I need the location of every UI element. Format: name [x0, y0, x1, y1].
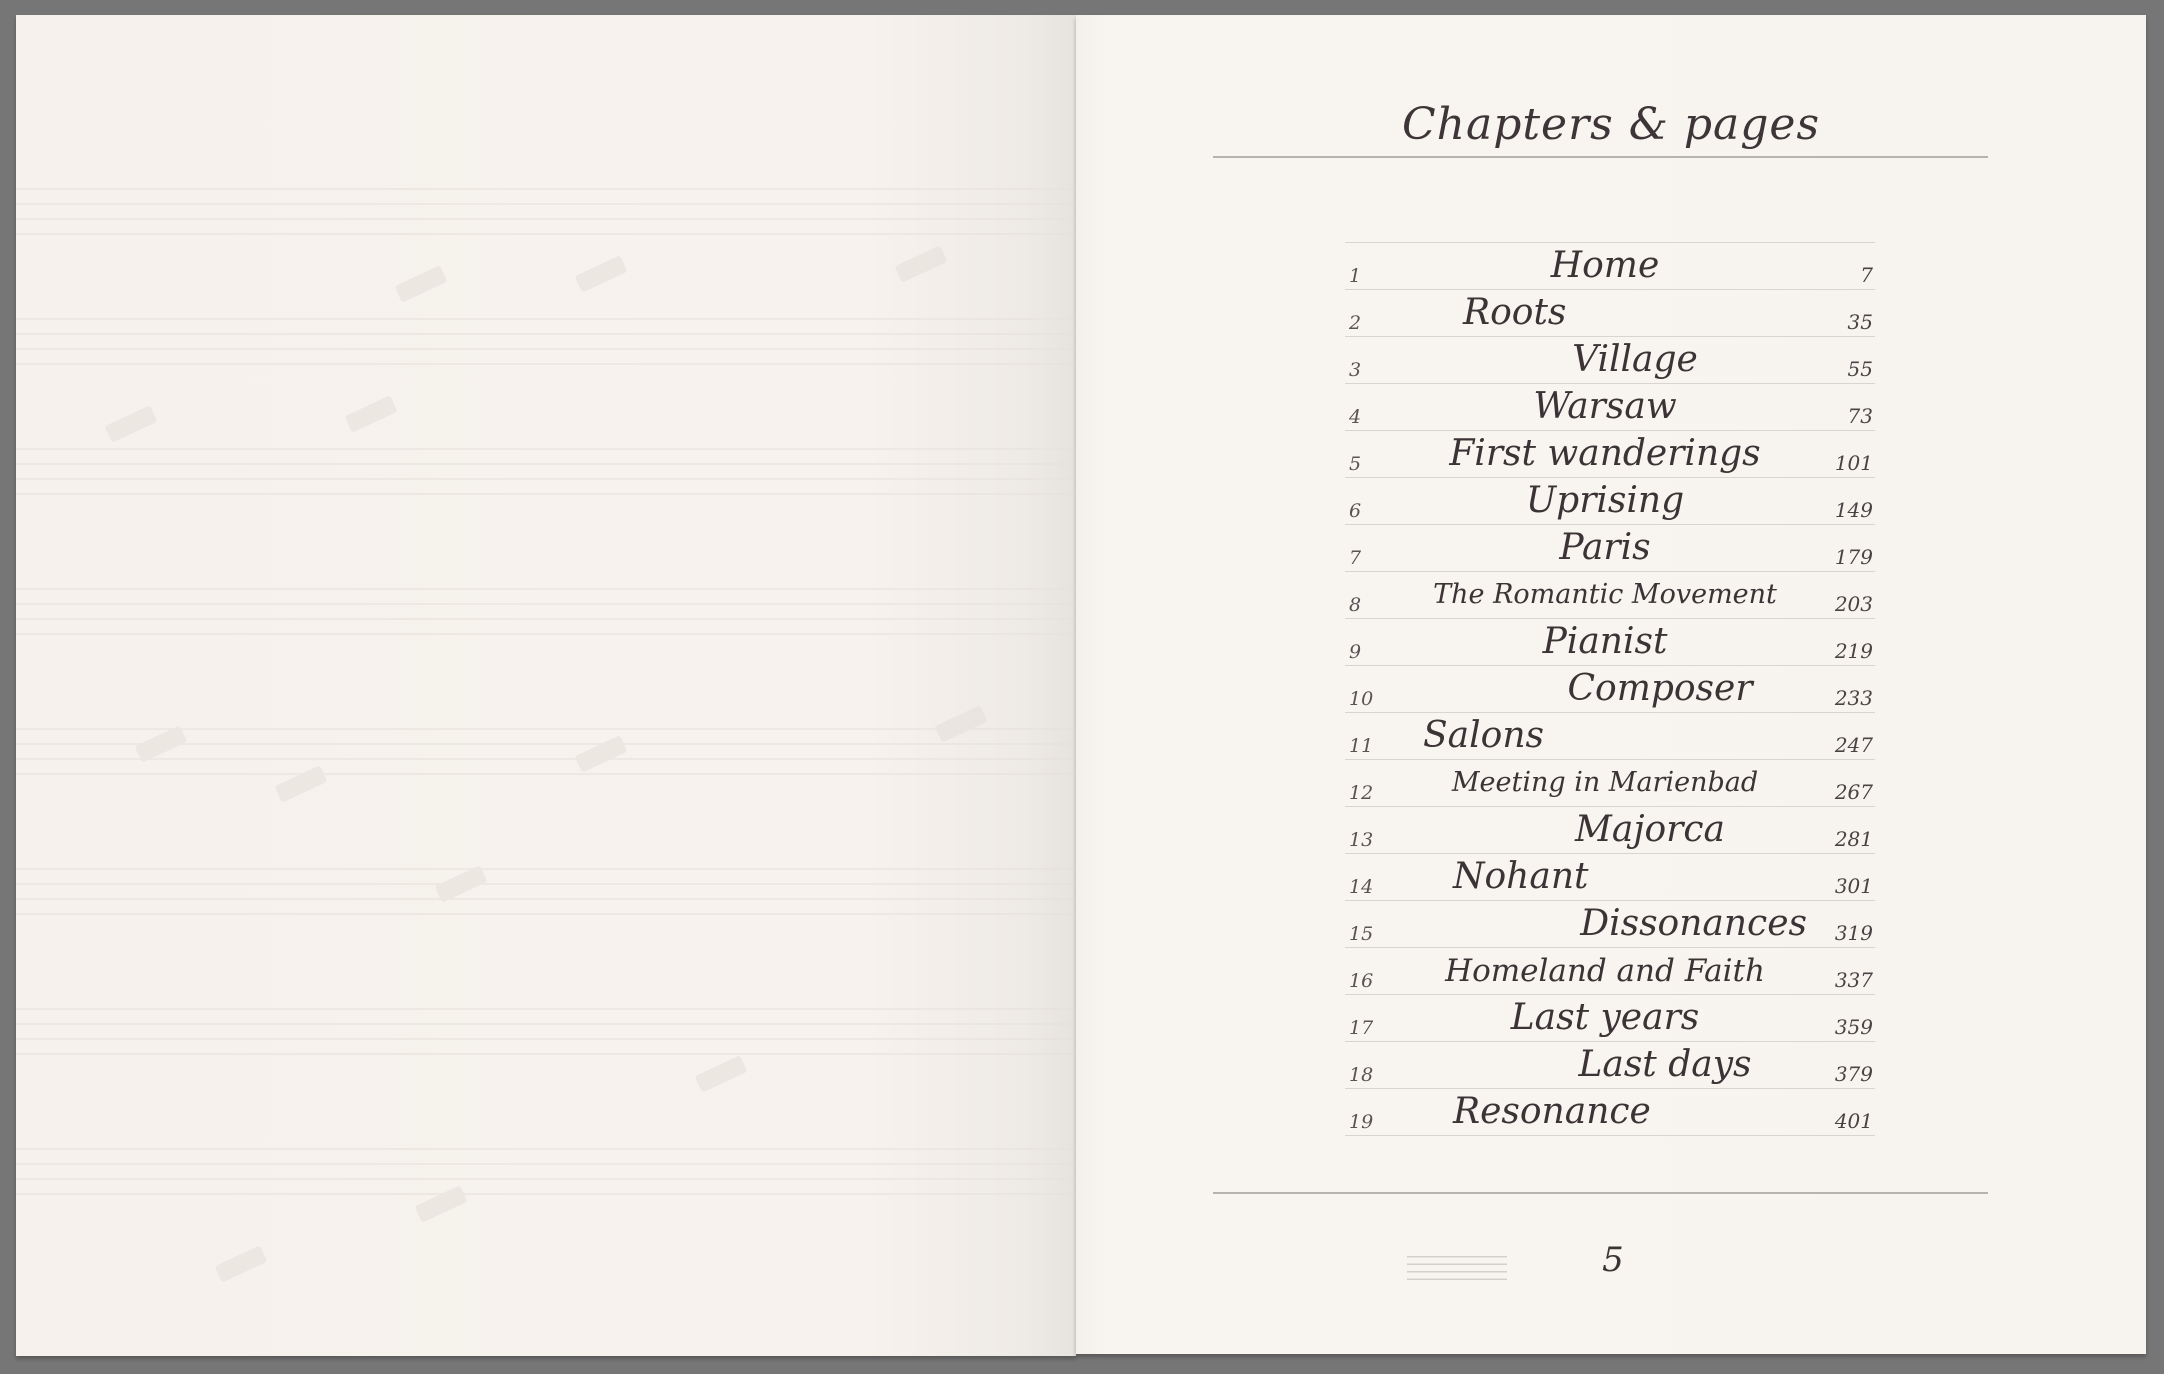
chapter-page: 359	[1817, 1015, 1873, 1039]
chapter-title: Nohant	[1393, 854, 1817, 900]
chapter-title: Uprising	[1393, 478, 1817, 524]
chapter-title: The Romantic Movement	[1393, 572, 1817, 618]
chapter-row[interactable]: 10 Composer 233	[1345, 666, 1875, 713]
chapter-page: 149	[1817, 498, 1873, 522]
chapter-number: 9	[1349, 641, 1389, 663]
toc-title: Chapters & pages	[1076, 99, 2146, 150]
chapter-page: 179	[1817, 545, 1873, 569]
chapter-page: 301	[1817, 874, 1873, 898]
chapter-row[interactable]: 5 First wanderings 101	[1345, 431, 1875, 478]
chapter-page: 267	[1817, 780, 1873, 804]
chapter-title: Majorca	[1393, 807, 1817, 853]
chapter-page: 281	[1817, 827, 1873, 851]
chapter-title: Roots	[1393, 290, 1817, 336]
chapter-row[interactable]: 3 Village 55	[1345, 337, 1875, 384]
chapter-row[interactable]: 9 Pianist 219	[1345, 619, 1875, 666]
chapter-row[interactable]: 12 Meeting in Marienbad 267	[1345, 760, 1875, 807]
chapter-number: 16	[1349, 970, 1389, 992]
chapter-number: 2	[1349, 312, 1389, 334]
chapter-number: 18	[1349, 1064, 1389, 1086]
chapter-number: 11	[1349, 735, 1389, 757]
chapter-number: 15	[1349, 923, 1389, 945]
chapter-number: 13	[1349, 829, 1389, 851]
chapter-row[interactable]: 13 Majorca 281	[1345, 807, 1875, 854]
music-manuscript-watermark	[16, 15, 1076, 1356]
chapter-title: First wanderings	[1393, 431, 1817, 477]
chapter-page: 247	[1817, 733, 1873, 757]
chapter-row[interactable]: 15 Dissonances 319	[1345, 901, 1875, 948]
chapter-title: Warsaw	[1393, 384, 1817, 430]
chapter-page: 203	[1817, 592, 1873, 616]
chapter-title: Village	[1393, 337, 1817, 383]
chapter-page: 35	[1817, 310, 1873, 334]
chapter-row[interactable]: 8 The Romantic Movement 203	[1345, 572, 1875, 619]
chapter-list: 1 Home 7 2 Roots 35 3 Village 55 4 Warsa…	[1345, 242, 1875, 1136]
chapter-row[interactable]: 1 Home 7	[1345, 243, 1875, 290]
chapter-title: Dissonances	[1393, 901, 1817, 947]
chapter-number: 7	[1349, 547, 1389, 569]
chapter-page: 401	[1817, 1109, 1873, 1133]
chapter-title: Meeting in Marienbad	[1393, 760, 1817, 806]
chapter-row[interactable]: 6 Uprising 149	[1345, 478, 1875, 525]
chapter-number: 1	[1349, 265, 1389, 287]
chapter-number: 5	[1349, 453, 1389, 475]
left-page	[16, 15, 1076, 1356]
chapter-row[interactable]: 11 Salons 247	[1345, 713, 1875, 760]
chapter-title: Salons	[1393, 713, 1817, 759]
chapter-row[interactable]: 19 Resonance 401	[1345, 1089, 1875, 1136]
footer-rule	[1213, 1192, 1988, 1194]
chapter-number: 17	[1349, 1017, 1389, 1039]
chapter-page: 233	[1817, 686, 1873, 710]
chapter-row[interactable]: 2 Roots 35	[1345, 290, 1875, 337]
chapter-row[interactable]: 18 Last days 379	[1345, 1042, 1875, 1089]
chapter-page: 7	[1817, 263, 1873, 287]
chapter-title: Last years	[1393, 995, 1817, 1041]
chapter-page: 319	[1817, 921, 1873, 945]
chapter-title: Resonance	[1393, 1089, 1817, 1135]
chapter-number: 19	[1349, 1111, 1389, 1133]
chapter-page: 73	[1817, 404, 1873, 428]
chapter-number: 10	[1349, 688, 1389, 710]
chapter-row[interactable]: 14 Nohant 301	[1345, 854, 1875, 901]
chapter-page: 337	[1817, 968, 1873, 992]
chapter-title: Home	[1393, 243, 1817, 289]
chapter-number: 3	[1349, 359, 1389, 381]
chapter-row[interactable]: 16 Homeland and Faith 337	[1345, 948, 1875, 995]
chapter-title: Composer	[1393, 666, 1817, 712]
chapter-title: Last days	[1393, 1042, 1817, 1088]
chapter-page: 219	[1817, 639, 1873, 663]
title-rule	[1213, 156, 1988, 158]
chapter-row[interactable]: 4 Warsaw 73	[1345, 384, 1875, 431]
chapter-row[interactable]: 7 Paris 179	[1345, 525, 1875, 572]
chapter-number: 8	[1349, 594, 1389, 616]
chapter-page: 55	[1817, 357, 1873, 381]
chapter-title: Pianist	[1393, 619, 1817, 665]
chapter-number: 4	[1349, 406, 1389, 428]
right-page-table-of-contents: Chapters & pages 1 Home 7 2 Roots 35 3 V…	[1076, 15, 2146, 1354]
chapter-page: 379	[1817, 1062, 1873, 1086]
chapter-title: Paris	[1393, 525, 1817, 571]
chapter-page: 101	[1817, 451, 1873, 475]
chapter-number: 14	[1349, 876, 1389, 898]
page-number: 5	[1076, 1240, 2146, 1280]
chapter-row[interactable]: 17 Last years 359	[1345, 995, 1875, 1042]
chapter-title: Homeland and Faith	[1393, 948, 1817, 994]
chapter-number: 12	[1349, 782, 1389, 804]
chapter-number: 6	[1349, 500, 1389, 522]
